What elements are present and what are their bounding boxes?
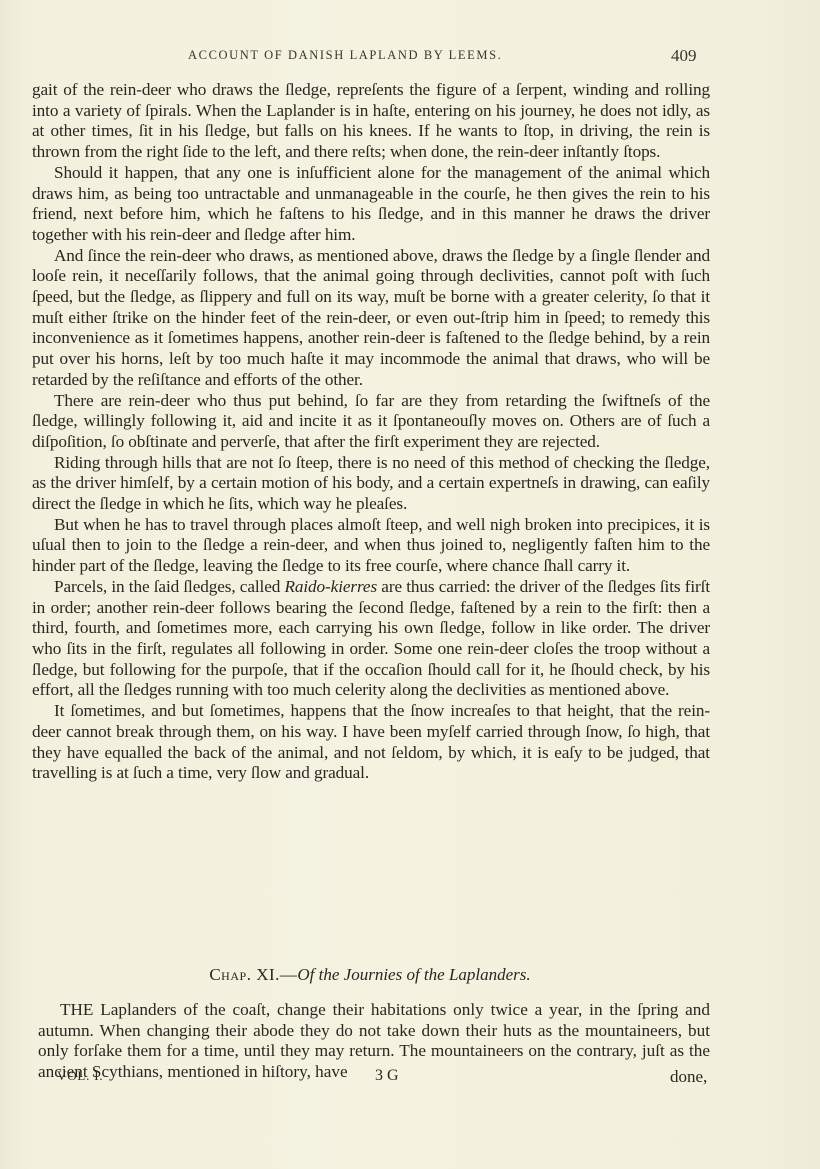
book-page: ACCOUNT OF DANISH LAPLAND BY LEEMS. 409 … <box>0 0 820 1169</box>
running-title: ACCOUNT OF DANISH LAPLAND BY LEEMS. <box>188 48 502 63</box>
chapter-label: Chap. XI.— <box>209 965 297 984</box>
page-number: 409 <box>671 46 697 66</box>
catchword: done, <box>670 1067 707 1087</box>
paragraph-with-italic: Parcels, in the ſaid ſledges, called Rai… <box>32 577 710 701</box>
chapter-heading: Chap. XI.—Of the Journies of the Lapland… <box>0 965 740 985</box>
paragraph: It ſometimes, and but ſometimes, happens… <box>32 701 710 784</box>
italic-term: Raido-kierres <box>284 577 377 596</box>
paragraph: Riding through hills that are not ſo ſte… <box>32 453 710 515</box>
chapter-title: Of the Journies of the Laplanders. <box>297 965 530 984</box>
running-head: ACCOUNT OF DANISH LAPLAND BY LEEMS. 409 <box>0 48 820 68</box>
paragraph: Should it happen, that any one is inſuff… <box>32 163 710 246</box>
paragraph: But when he has to travel through places… <box>32 515 710 577</box>
body-text: gait of the rein-deer who draws the ſled… <box>32 80 710 784</box>
paragraph: And ſince the rein-deer who draws, as me… <box>32 246 710 391</box>
volume-label: VOL. I. <box>57 1068 103 1084</box>
paragraph: gait of the rein-deer who draws the ſled… <box>32 80 710 163</box>
page-footer: VOL. I. 3 G done, <box>0 1067 820 1087</box>
paragraph-text: Parcels, in the ſaid ſledges, called <box>54 577 284 596</box>
signature-mark: 3 G <box>375 1067 399 1085</box>
paragraph: There are rein-deer who thus put behind,… <box>32 391 710 453</box>
